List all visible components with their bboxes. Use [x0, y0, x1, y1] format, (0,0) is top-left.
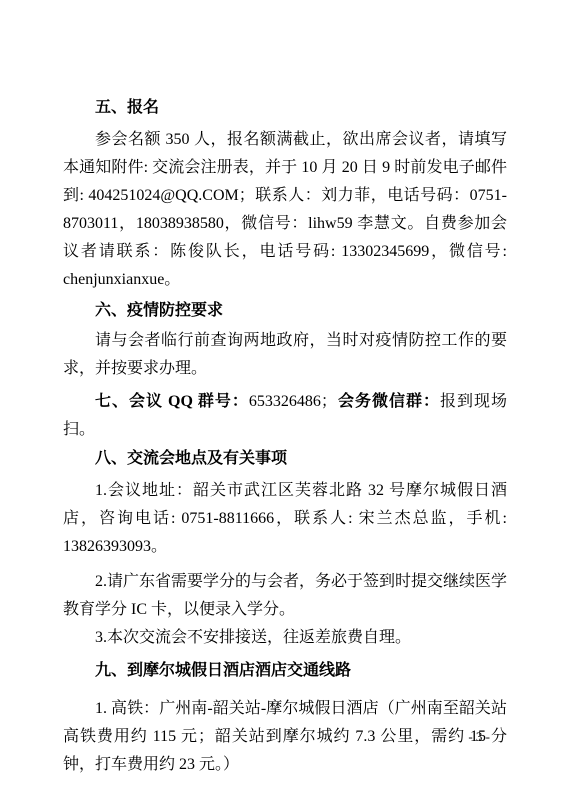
document-content: 五、报名 参会名额 350 人，报名额满截止，欲出席会议者，请填写本通知附件: … [63, 94, 507, 779]
section-6-paragraph: 请与会者临行前查询两地政府，当时对疫情防控工作的要求，并按要求办理。 [63, 327, 507, 383]
qq-group-label: 七、会议 QQ 群号： [95, 393, 249, 410]
page-number: - 3 - [468, 729, 490, 745]
wechat-group-label: 会务微信群： [337, 393, 440, 410]
qq-group-number: 653326486； [249, 393, 337, 410]
section-7-line: 七、会议 QQ 群号：653326486；会务微信群：报到现场扫。 [63, 388, 507, 444]
section-8-item-2: 2.请广东省需要学分的与会者，务必于签到时提交继续医学教育学分 IC 卡，以便录… [63, 568, 507, 624]
section-9-item-1: 1. 高铁：广州南-韶关站-摩尔城假日酒店（广州南至韶关站高铁费用约 115 元… [63, 695, 507, 779]
section-5-heading: 五、报名 [63, 94, 507, 122]
section-8-item-3: 3.本次交流会不安排接送，往返差旅费自理。 [63, 624, 507, 652]
section-8-heading: 八、交流会地点及有关事项 [63, 445, 507, 473]
document-page: 五、报名 参会名额 350 人，报名额满截止，欲出席会议者，请填写本通知附件: … [0, 0, 568, 804]
section-5-paragraph: 参会名额 350 人，报名额满截止，欲出席会议者，请填写本通知附件: 交流会注册… [63, 126, 507, 294]
section-9-heading: 九、到摩尔城假日酒店酒店交通线路 [63, 657, 507, 685]
section-8-item-1: 1.会议地址：韶关市武江区芙蓉北路 32 号摩尔城假日酒店，咨询电话: 0751… [63, 477, 507, 561]
section-6-heading: 六、疫情防控要求 [63, 297, 507, 325]
